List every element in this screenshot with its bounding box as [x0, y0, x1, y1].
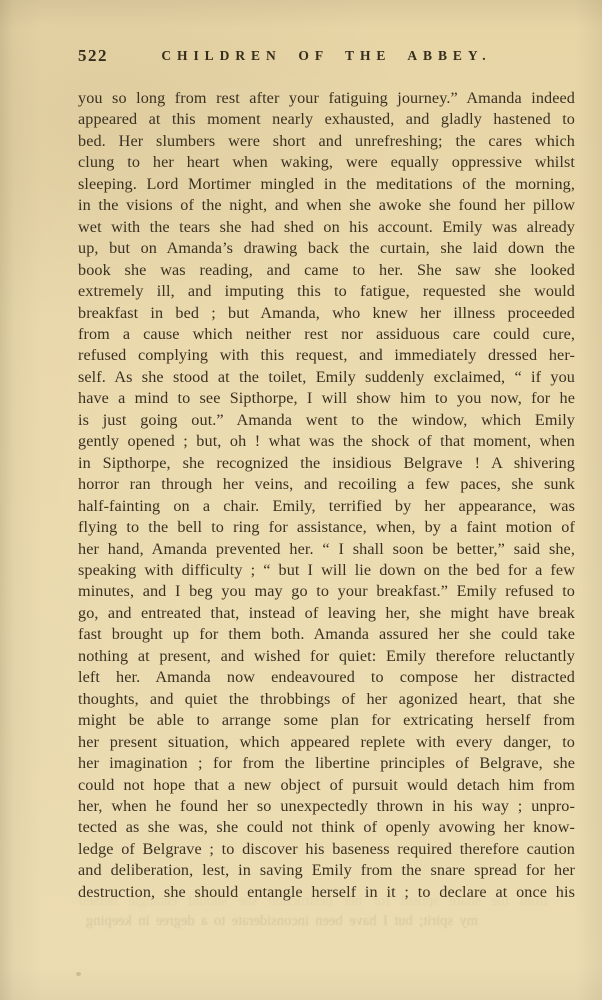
book-page-scan: 522 CHILDREN OF THE ABBEY. you so long f… [0, 0, 602, 1000]
body-text-line: bed. Her slumbers were short and unrefre… [78, 131, 575, 152]
body-text-line: in Sipthorpe, she recognized the insidio… [78, 453, 575, 474]
body-text-line: fast brought up for them both. Amanda as… [78, 624, 575, 645]
body-text-line: clung to her heart when waking, were equ… [78, 152, 575, 173]
body-text-line: destruction, she should entangle herself… [78, 882, 575, 903]
body-text-line: minutes, and I beg you may go to your br… [78, 581, 575, 602]
body-text-line: from a cause which neither rest nor assi… [78, 324, 575, 345]
body-text-line: left her. Amanda now endeavoured to comp… [78, 667, 575, 688]
body-text-line: nothing at present, and wished for quiet… [78, 646, 575, 667]
body-text-line: horror ran through her veins, and recoil… [78, 474, 575, 495]
body-text-line: wet with the tears she had shed on his a… [78, 217, 575, 238]
text-body: you so long from rest after your fatigui… [78, 88, 575, 903]
page-number: 522 [78, 46, 108, 66]
body-text-line: have a mind to see Sipthorpe, I will sho… [78, 388, 575, 409]
bleed-through-line: my spirit; but I have been inconsiderate… [86, 913, 478, 930]
body-text-line: speaking with difficulty ; “ but I will … [78, 560, 575, 581]
body-text-line: her present situation, which appeared re… [78, 732, 575, 753]
body-text-line: tected as she was, she could not think o… [78, 817, 575, 838]
body-text-line: half-fainting on a chair. Emily, terrifi… [78, 496, 575, 517]
body-text-line: her hand, Amanda prevented her. “ I shal… [78, 539, 575, 560]
running-title: CHILDREN OF THE ABBEY. [118, 48, 535, 64]
body-text-line: thoughts, and quiet the throbbings of he… [78, 689, 575, 710]
body-text-line: gently opened ; but, oh ! what was the s… [78, 431, 575, 452]
body-text-line: her imagination ; for from the libertine… [78, 753, 575, 774]
body-text-line: her, when he found her so unexpectedly t… [78, 796, 575, 817]
body-text-line: breakfast in bed ; but Amanda, who knew … [78, 303, 575, 324]
body-text-line: in the visions of the night, and when sh… [78, 195, 575, 216]
body-text-line: up, but on Amanda’s drawing back the cur… [78, 238, 575, 259]
body-text-line: appeared at this moment nearly exhausted… [78, 109, 575, 130]
body-text-line: is just going out.” Amanda went to the w… [78, 410, 575, 431]
body-text-line: ledge of Belgrave ; to discover his base… [78, 839, 575, 860]
body-text-line: could not hope that a new object of purs… [78, 775, 575, 796]
body-text-line: sleeping. Lord Mortimer mingled in the m… [78, 174, 575, 195]
body-text-line: refused complying with this request, and… [78, 345, 575, 366]
body-text-line: and deliberation, lest, in saving Emily … [78, 860, 575, 881]
paper-speck [76, 972, 81, 976]
body-text-line: go, and entreated that, instead of leavi… [78, 603, 575, 624]
body-text-line: you so long from rest after your fatigui… [78, 88, 575, 109]
body-text-line: self. As she stood at the toilet, Emily … [78, 367, 575, 388]
body-text-line: might be able to arrange some plan for e… [78, 710, 575, 731]
body-text-line: flying to the bell to ring for assistanc… [78, 517, 575, 538]
body-text-line: book she was reading, and came to her. S… [78, 260, 575, 281]
body-text-line: extremely ill, and imputing this to fati… [78, 281, 575, 302]
page-header: 522 CHILDREN OF THE ABBEY. [78, 46, 575, 68]
